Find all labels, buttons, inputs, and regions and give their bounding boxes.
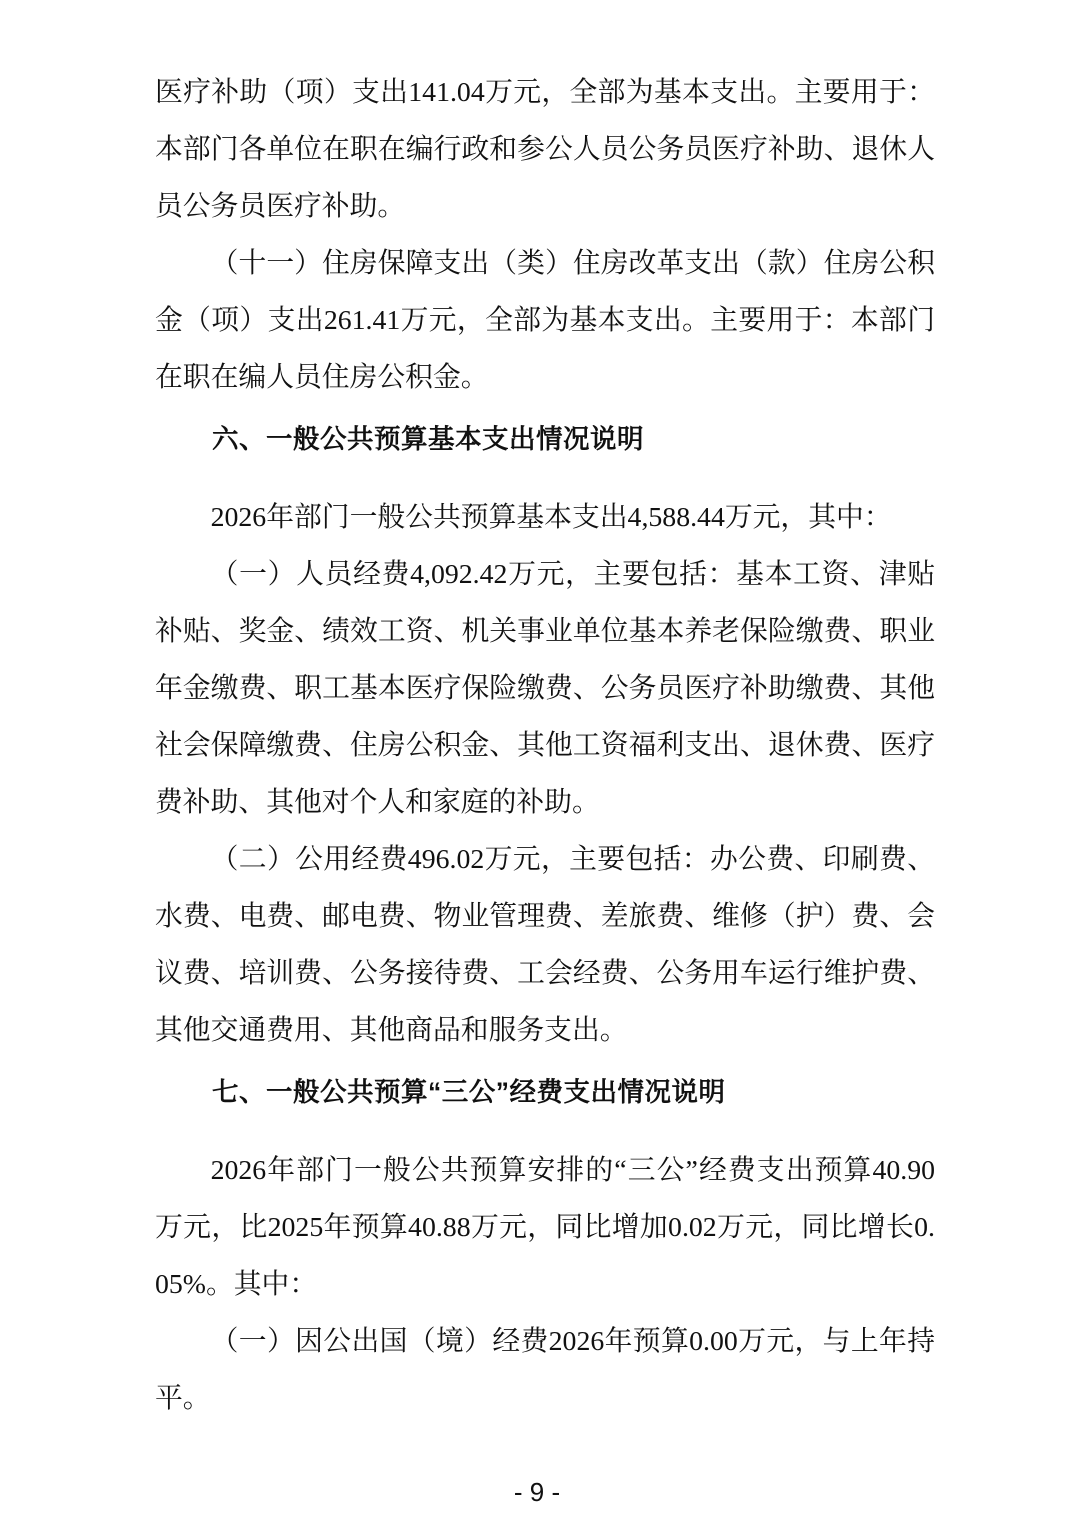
paragraph-three-public-funds-total: 2026年部门一般公共预算安排的“三公”经费支出预算40.90万元，比2025年… [155, 1142, 935, 1313]
paragraph-personnel-funds: （一）人员经费4,092.42万元，主要包括：基本工资、津贴补贴、奖金、绩效工资… [155, 546, 935, 831]
paragraph-housing-provident-fund: （十一）住房保障支出（类）住房改革支出（款）住房公积金（项）支出261.41万元… [155, 235, 935, 406]
document-page: 医疗补助（项）支出141.04万元，全部为基本支出。主要用于：本部门各单位在职在… [0, 0, 1074, 1520]
heading-section-7-three-public-funds: 七、一般公共预算“三公”经费支出情况说明 [155, 1064, 935, 1121]
page-number: - 9 - [0, 1477, 1074, 1508]
paragraph-basic-expenditure-total: 2026年部门一般公共预算基本支出4,588.44万元，其中： [155, 489, 935, 546]
paragraph-public-operating-funds: （二）公用经费496.02万元，主要包括：办公费、印刷费、水费、电费、邮电费、物… [155, 831, 935, 1059]
heading-section-6-basic-expenditure: 六、一般公共预算基本支出情况说明 [155, 411, 935, 468]
paragraph-medical-subsidy-continuation: 医疗补助（项）支出141.04万元，全部为基本支出。主要用于：本部门各单位在职在… [155, 64, 935, 235]
paragraph-overseas-trips-budget: （一）因公出国（境）经费2026年预算0.00万元，与上年持平。 [155, 1313, 935, 1427]
